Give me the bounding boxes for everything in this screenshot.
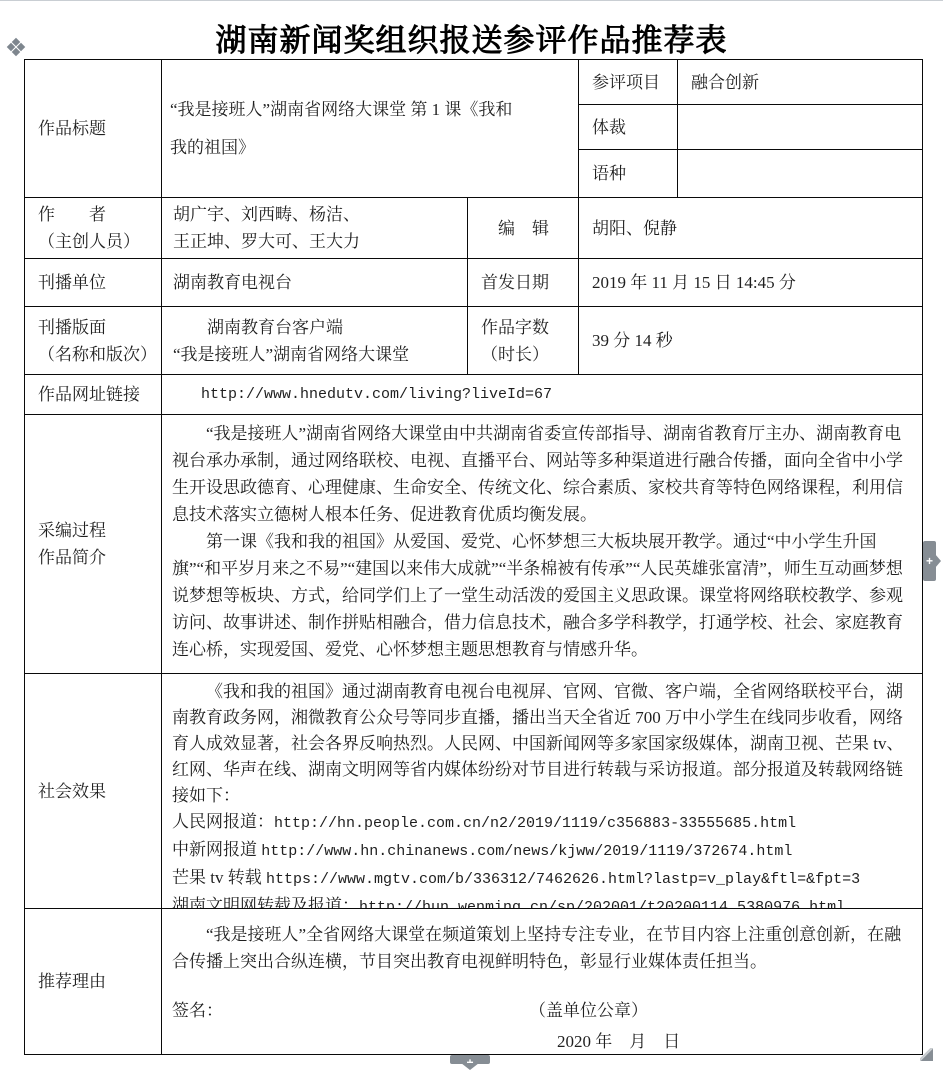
work-url-value[interactable]: http://www.hnedutv.com/living?liveId=67 [162,375,923,415]
table-row: 语种 [579,150,923,198]
language-value[interactable] [678,150,923,198]
table-row: 刊播单位 湖南教育电视台 首发日期 2019 年 11 月 15 日 14:45… [25,259,923,307]
work-length-value[interactable]: 39 分 14 秒 [579,307,923,375]
first-publish-date-value[interactable]: 2019 年 11 月 15 日 14:45 分 [579,259,923,307]
add-row-handle[interactable]: + [450,1055,490,1064]
table-row: 参评项目 融合创新 [579,60,923,105]
intro-label: 采编过程 作品简介 [25,415,162,674]
author-label: 作 者 （主创人员） [25,198,162,259]
editor-value[interactable]: 胡阳、倪静 [579,198,923,259]
genre-value[interactable] [678,105,923,150]
intro-paragraph-2: 第一课《我和我的祖国》从爱国、爱党、心怀梦想三大板块展开教学。通过“中小学生升国… [172,528,913,663]
page-title: 湖南新闻奖组织报送参评作品推荐表 [0,15,943,60]
add-column-handle[interactable]: + [923,541,936,581]
editor-label: 编 辑 [468,198,579,259]
report-link-url[interactable]: http://www.hn.chinanews.com/news/kjww/20… [261,843,792,860]
table-resize-handle-icon[interactable] [920,1048,933,1061]
table-row: 刊播版面 （名称和版次） 湖南教育台客户端 “我是接班人”湖南省网络大课堂 作品… [25,307,923,375]
table-row: 体裁 [579,105,923,150]
table-row: 作品网址链接 http://www.hnedutv.com/living?liv… [25,375,923,415]
report-link-line: 人民网报道：http://hn.people.com.cn/n2/2019/11… [172,809,913,837]
recommendation-form-table: 作品标题 “我是接班人”湖南省网络大课堂 第 1 课《我和 我的祖国》 参评项目… [24,59,923,1055]
recommendation-label: 推荐理由 [25,909,162,1055]
language-label: 语种 [579,150,678,198]
author-value[interactable]: 胡广宇、刘西畴、杨洁、 王正坤、罗大可、王大力 [162,198,468,259]
work-title-value[interactable]: “我是接班人”湖南省网络大课堂 第 1 课《我和 我的祖国》 [162,60,579,198]
table-row: 采编过程 作品简介 “我是接班人”湖南省网络大课堂由中共湖南省委宣传部指导、湖南… [25,415,923,674]
table-row: 作 者 （主创人员） 胡广宇、刘西畴、杨洁、 王正坤、罗大可、王大力 编 辑 胡… [25,198,923,259]
table-row: 作品标题 “我是接班人”湖南省网络大课堂 第 1 课《我和 我的祖国》 参评项目… [25,60,923,198]
signature-label[interactable]: 签名： [172,997,223,1024]
entry-item-label: 参评项目 [579,60,678,105]
work-title-label: 作品标题 [25,60,162,198]
recommendation-value[interactable]: “我是接班人”全省网络大课堂在频道策划上坚持专注专业，在节目内容上注重创意创新，… [162,909,923,1055]
report-link-url[interactable]: http://hun.wenming.cn/sp/202001/t2020011… [359,899,845,909]
intro-value[interactable]: “我是接班人”湖南省网络大课堂由中共湖南省委宣传部指导、湖南省教育厅主办、湖南教… [162,415,923,674]
report-link-url[interactable]: https://www.mgtv.com/b/336312/7462626.ht… [266,871,860,888]
social-effect-value[interactable]: 《我和我的祖国》通过湖南教育电视台电视屏、官网、官微、客户端，全省网络联校平台，… [162,674,923,909]
publish-section-value[interactable]: 湖南教育台客户端 “我是接班人”湖南省网络大课堂 [162,307,468,375]
report-link-line: 湖南文明网转载及报道：http://hun.wenming.cn/sp/2020… [172,893,913,909]
recommendation-paragraph: “我是接班人”全省网络大课堂在频道策划上坚持专注专业，在节目内容上注重创意创新，… [172,921,913,975]
date-line[interactable]: 2020 年 月 日 [557,1028,913,1055]
report-link-line: 中新网报道 http://www.hn.chinanews.com/news/k… [172,837,913,865]
publish-unit-label: 刊播单位 [25,259,162,307]
report-link-prefix: 芒果 tv 转载 [172,868,266,887]
report-link-prefix: 湖南文明网转载及报道： [172,896,359,909]
publish-section-label: 刊播版面 （名称和版次） [25,307,162,375]
table-row: 推荐理由 “我是接班人”全省网络大课堂在频道策划上坚持专注专业，在节目内容上注重… [25,909,923,1055]
entry-meta-group: 参评项目 融合创新 体裁 语种 [579,60,923,198]
seal-note: （盖单位公章） [529,997,648,1024]
report-link-prefix: 中新网报道 [172,840,261,859]
table-row: 社会效果 《我和我的祖国》通过湖南教育电视台电视屏、官网、官微、客户端，全省网络… [25,674,923,909]
intro-paragraph-1: “我是接班人”湖南省网络大课堂由中共湖南省委宣传部指导、湖南省教育厅主办、湖南教… [172,420,913,528]
plus-icon: + [466,1056,473,1068]
publish-unit-value[interactable]: 湖南教育电视台 [162,259,468,307]
entry-item-value[interactable]: 融合创新 [678,60,923,105]
report-link-prefix: 人民网报道： [172,812,274,831]
plus-icon: + [926,555,933,567]
table-move-icon[interactable] [8,39,24,55]
report-link-url[interactable]: http://hn.people.com.cn/n2/2019/1119/c35… [274,815,796,832]
signature-line: 签名： （盖单位公章） [172,997,913,1024]
social-effect-paragraph: 《我和我的祖国》通过湖南教育电视台电视屏、官网、官微、客户端，全省网络联校平台，… [172,679,913,809]
work-url-label: 作品网址链接 [25,375,162,415]
social-effect-label: 社会效果 [25,674,162,909]
document-page: 湖南新闻奖组织报送参评作品推荐表 作品标题 “我是接班人”湖南省网络大课堂 第 … [0,0,943,1091]
report-link-line: 芒果 tv 转载 https://www.mgtv.com/b/336312/7… [172,865,913,893]
first-publish-date-label: 首发日期 [468,259,579,307]
work-length-label: 作品字数 （时长） [468,307,579,375]
genre-label: 体裁 [579,105,678,150]
